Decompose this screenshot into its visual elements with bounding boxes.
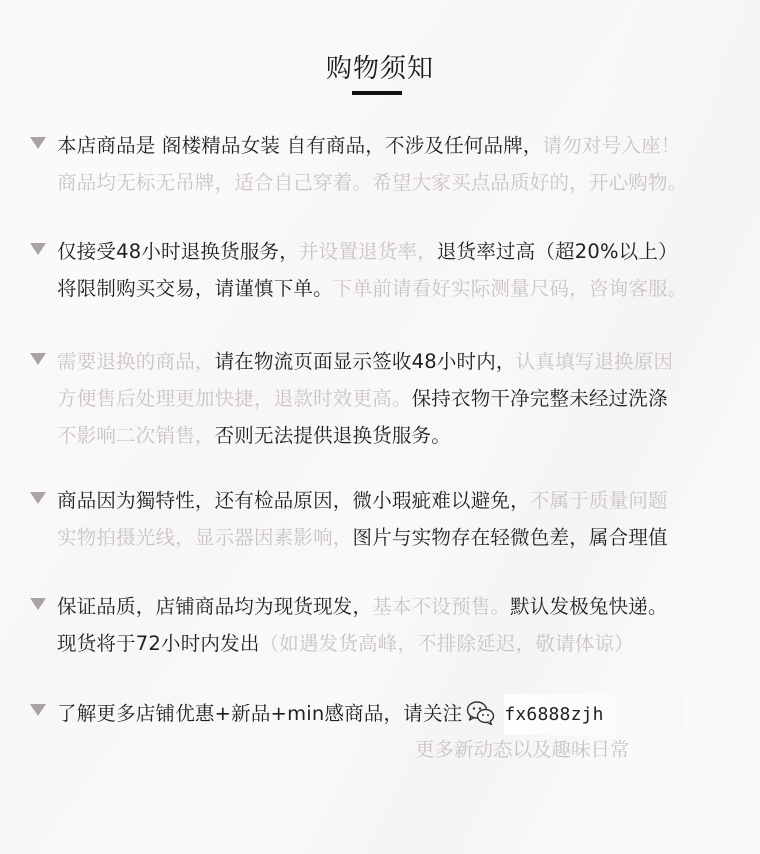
wechat-id[interactable]: fx6888zjh	[504, 694, 683, 735]
secondary-text: 不影响二次销售，	[57, 424, 215, 447]
emphasis-text: 图片与实物存在轻微色差，属合理值	[353, 526, 668, 549]
triangle-down-icon	[30, 243, 46, 255]
emphasis-text: 保证品质，店铺商品均为现货现发，	[57, 595, 372, 618]
section-lines: 了解更多店铺优惠+新品+min感商品，请关注 fx6888zjh	[57, 694, 757, 735]
emphasis-text: 现货将于72小时内发出	[57, 632, 260, 655]
secondary-text: 方便售后处理更加快捷，退款时效更高。	[57, 387, 412, 410]
page-title: 购物须知	[0, 52, 760, 86]
triangle-down-icon	[30, 353, 46, 365]
notice-line: 需要退换的商品，请在物流页面显示签收48小时内，认真填写退换原因	[57, 343, 757, 380]
secondary-text: 并设置退货率，	[299, 240, 437, 263]
emphasis-text: 仅接受48小时退换货服务，	[57, 240, 299, 263]
emphasis-text: 保持衣物干净完整未经过洗涤	[412, 387, 668, 410]
notice-line: 将限制购买交易，请谨慎下单。下单前请看好实际测量尺码，咨询客服。	[57, 270, 757, 307]
triangle-down-icon	[30, 492, 46, 504]
emphasis-text: 请在物流页面显示签收48小时内，	[215, 350, 516, 373]
emphasis-text: 将限制购买交易，请谨慎下单。	[57, 277, 333, 300]
section-lines: 需要退换的商品，请在物流页面显示签收48小时内，认真填写退换原因方便售后处理更加…	[57, 343, 757, 454]
secondary-text: 不属于质量问题	[530, 489, 668, 512]
follow-subtext: 更多新动态以及趣味日常	[415, 731, 630, 768]
secondary-text: 认真填写退换原因	[516, 350, 674, 373]
emphasis-text: 商品因为獨特性，还有检品原因，微小瑕疵难以避免，	[57, 489, 530, 512]
follow-line: 了解更多店铺优惠+新品+min感商品，请关注 fx6888zjh	[57, 694, 757, 735]
emphasis-text: 否则无法提供退换货服务。	[215, 424, 451, 447]
notice-line: 商品均无标无吊牌，适合自己穿着。希望大家买点品质好的，开心购物。	[57, 164, 757, 201]
shopping-notice-page: 购物须知 本店商品是 阁楼精品女装 自有商品，不涉及任何品牌，请勿对号入座！商品…	[0, 0, 760, 854]
section-lines: 保证品质，店铺商品均为现货现发，基本不设预售。默认发极兔快递。现货将于72小时内…	[57, 588, 757, 662]
secondary-text: （如遇发货高峰，不排除延迟，敬请体谅）	[260, 632, 634, 655]
section-lines: 本店商品是 阁楼精品女装 自有商品，不涉及任何品牌，请勿对号入座！商品均无标无吊…	[57, 127, 757, 201]
notice-line: 实物拍摄光线，显示器因素影响，图片与实物存在轻微色差，属合理值	[57, 519, 757, 556]
notice-line: 不影响二次销售，否则无法提供退换货服务。	[57, 417, 757, 454]
emphasis-text: 退货率过高（超20%以上）	[437, 240, 678, 263]
wechat-contact[interactable]: fx6888zjh	[466, 694, 683, 735]
notice-line: 仅接受48小时退换货服务，并设置退货率，退货率过高（超20%以上）	[57, 233, 757, 270]
secondary-text: 请勿对号入座！	[543, 134, 681, 157]
triangle-down-icon	[30, 137, 46, 149]
triangle-down-icon	[30, 704, 46, 716]
emphasis-text: 默认发极兔快递。	[510, 595, 668, 618]
section-lines: 商品因为獨特性，还有检品原因，微小瑕疵难以避免，不属于质量问题实物拍摄光线，显示…	[57, 482, 757, 556]
secondary-text: 基本不设预售。	[372, 595, 510, 618]
wechat-icon	[466, 700, 496, 726]
triangle-down-icon	[30, 598, 46, 610]
title-underline	[352, 91, 402, 95]
notice-line: 商品因为獨特性，还有检品原因，微小瑕疵难以避免，不属于质量问题	[57, 482, 757, 519]
notice-line: 方便售后处理更加快捷，退款时效更高。保持衣物干净完整未经过洗涤	[57, 380, 757, 417]
notice-line: 保证品质，店铺商品均为现货现发，基本不设预售。默认发极兔快递。	[57, 588, 757, 625]
follow-text: 了解更多店铺优惠+新品+min感商品，请关注	[57, 702, 462, 725]
notice-line: 本店商品是 阁楼精品女装 自有商品，不涉及任何品牌，请勿对号入座！	[57, 127, 757, 164]
secondary-text: 实物拍摄光线，显示器因素影响，	[57, 526, 353, 549]
section-lines: 仅接受48小时退换货服务，并设置退货率，退货率过高（超20%以上）将限制购买交易…	[57, 233, 757, 307]
secondary-text: 商品均无标无吊牌，适合自己穿着。希望大家买点品质好的，开心购物。	[57, 171, 687, 194]
notice-line: 现货将于72小时内发出（如遇发货高峰，不排除延迟，敬请体谅）	[57, 625, 757, 662]
secondary-text: 下单前请看好实际测量尺码，咨询客服。	[333, 277, 688, 300]
emphasis-text: 本店商品是 阁楼精品女装 自有商品，不涉及任何品牌，	[57, 134, 543, 157]
secondary-text: 需要退换的商品，	[57, 350, 215, 373]
